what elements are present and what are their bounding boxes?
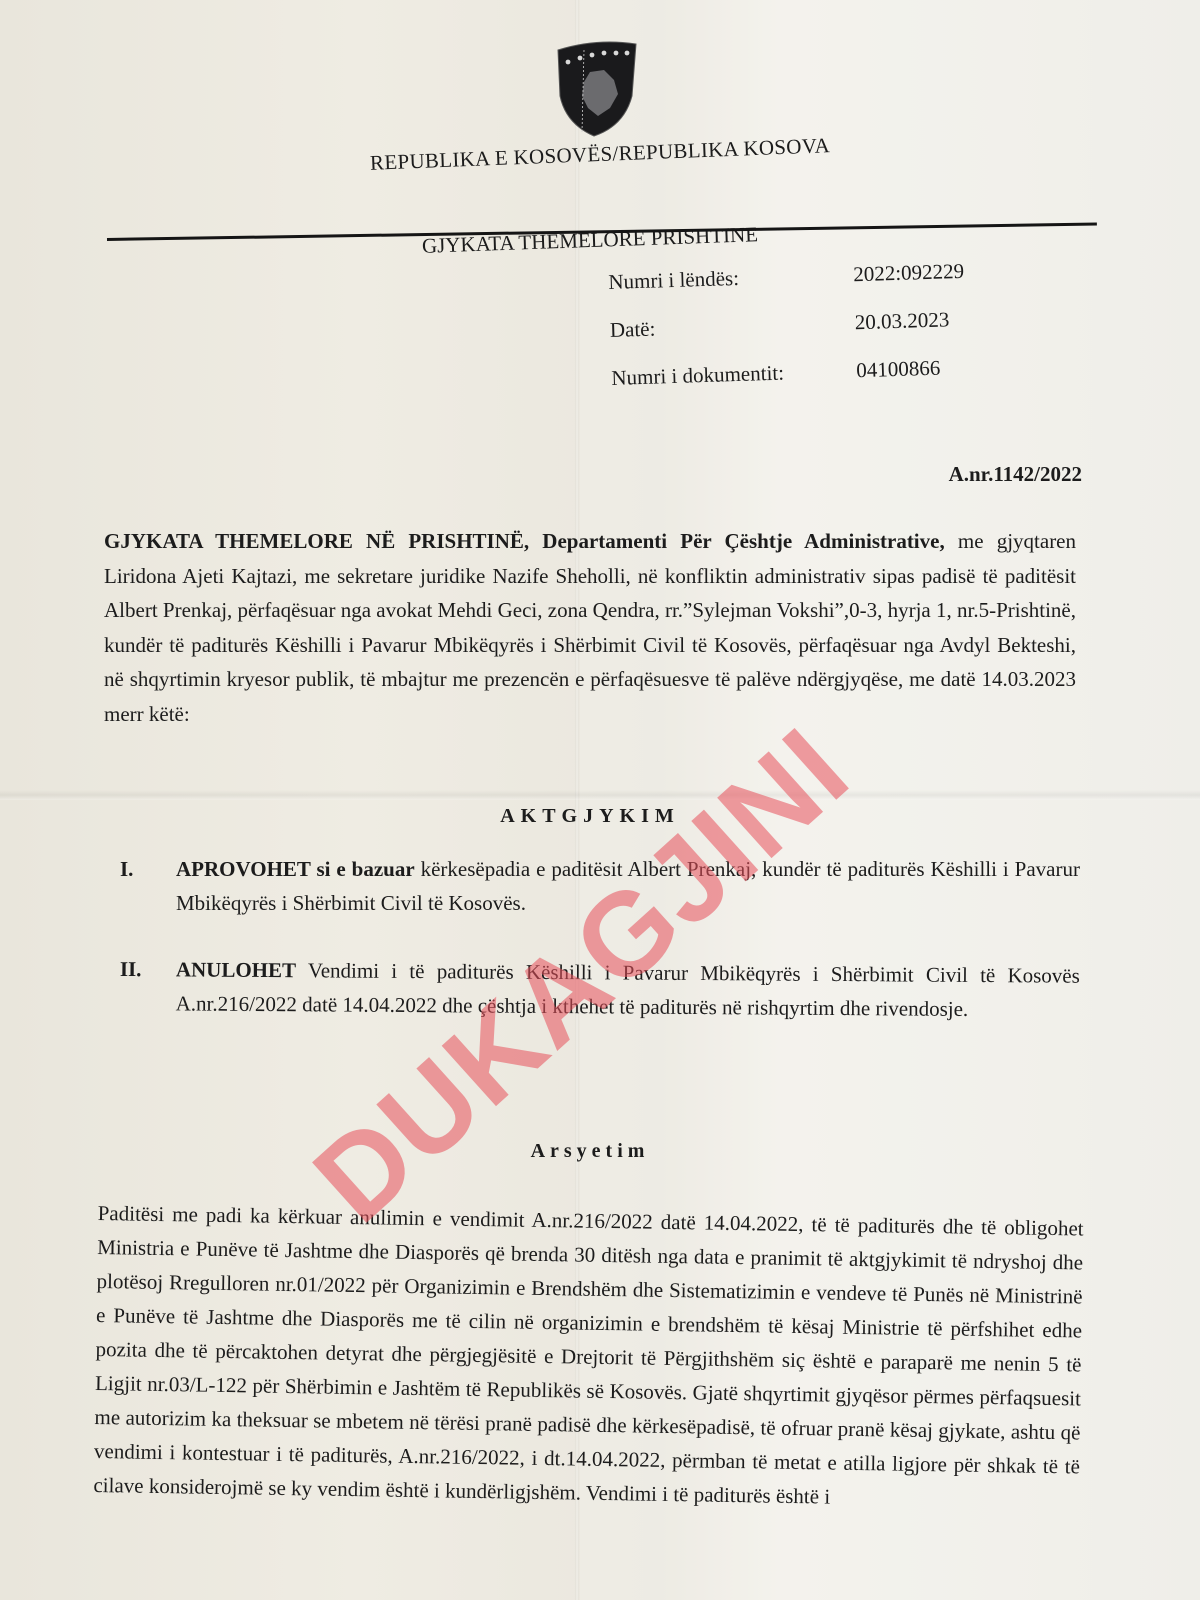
meta-value: 2022:092229 bbox=[853, 259, 965, 287]
kosovo-coat-of-arms-icon bbox=[552, 36, 640, 140]
verdict-item-body: Vendimi i të paditurës Këshilli i Pavaru… bbox=[176, 958, 1080, 1021]
meta-row-document-number: Numri i dokumentit: 04100866 bbox=[611, 355, 968, 414]
verdict-item-number: II. bbox=[120, 952, 176, 1020]
meta-value: 04100866 bbox=[856, 356, 941, 384]
verdict-item-lead: APROVOHET si e bazuar bbox=[176, 857, 415, 881]
case-metadata: Numri i lëndës: 2022:092229 Datë: 20.03.… bbox=[608, 259, 968, 414]
reasoning-heading: Arsyetim bbox=[500, 1140, 680, 1163]
case-reference: A.nr.1142/2022 bbox=[949, 462, 1082, 487]
verdict-item: I. APROVOHET si e bazuar kërkesëpadia e … bbox=[120, 852, 1080, 920]
intro-body: me gjyqtaren Liridona Ajeti Kajtazi, me … bbox=[104, 529, 1076, 726]
meta-value: 20.03.2023 bbox=[854, 307, 949, 335]
verdict-item: II. ANULOHET Vendimi i të paditurës Kësh… bbox=[120, 952, 1080, 1027]
verdict-item-lead: ANULOHET bbox=[176, 957, 296, 982]
meta-label: Numri i lëndës: bbox=[608, 262, 854, 295]
court-department-lead: GJYKATA THEMELORE NË PRISHTINË, Departam… bbox=[104, 529, 945, 553]
verdict-item-number: I. bbox=[120, 852, 176, 920]
verdict-heading: AKTGJYKIM bbox=[470, 805, 710, 828]
court-document: REPUBLIKA E KOSOVËS/REPUBLIKA KOSOVA GJY… bbox=[0, 0, 1200, 1600]
court-header: GJYKATA THEMELORE PRISHTINE bbox=[380, 221, 801, 261]
verdict-item-text: APROVOHET si e bazuar kërkesëpadia e pad… bbox=[176, 852, 1080, 920]
verdict-item-text: ANULOHET Vendimi i të paditurës Këshilli… bbox=[176, 952, 1080, 1026]
reasoning-paragraph: Paditësi me padi ka kërkuar anulimin e v… bbox=[93, 1196, 1084, 1517]
intro-paragraph: GJYKATA THEMELORE NË PRISHTINË, Departam… bbox=[104, 524, 1076, 731]
